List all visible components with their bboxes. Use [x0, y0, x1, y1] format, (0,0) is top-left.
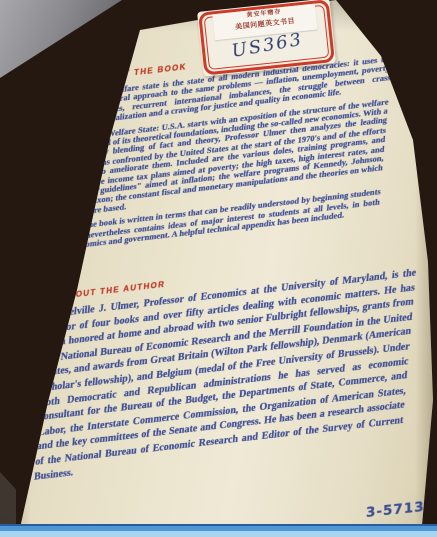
book-back-cover: ABOUT THE BOOK The welfare state is the … [0, 0, 437, 537]
photo-stage: ABOUT THE BOOK The welfare state is the … [0, 0, 437, 537]
about-author-paragraph: Melville J. Ulmer, Professor of Economic… [33, 266, 416, 485]
bottom-blue-strip [0, 524, 437, 537]
gray-fabric-sliver [0, 472, 16, 530]
gray-fabric-corner [0, 0, 122, 78]
blue-strip-light-line [0, 531, 437, 537]
